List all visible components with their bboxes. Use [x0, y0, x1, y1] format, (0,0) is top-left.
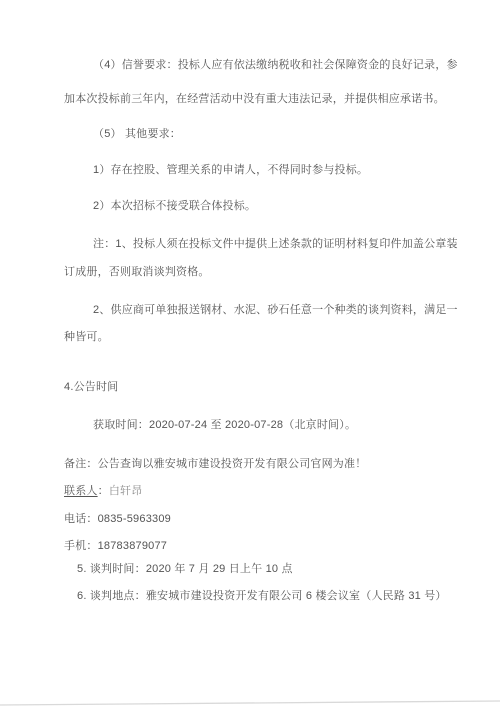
clause5-item2: 2）本次招标不接受联合体投标。 [93, 199, 256, 214]
contact-person-label: 联系人 [64, 485, 98, 497]
section4-heading: 4.公告时间 [64, 380, 118, 395]
contact-phone-label: 电话： [64, 513, 98, 525]
clause5-item1: 1）存在控股、管理关系的申请人，不得同时参与投标。 [93, 163, 368, 178]
note1-line2: 订成册，否则取消谈判资格。 [64, 265, 210, 280]
contact-mobile-line: 手机：18783879077 [64, 539, 167, 554]
note2-line2: 种皆可。 [64, 330, 109, 345]
contact-person-line: 联系人：白轩昂 [64, 484, 142, 499]
clause4-credit-requirement-line2: 加本次投标前三年内，在经营活动中没有重大违法记录，并提供相应承诺书。 [64, 92, 445, 107]
clause5-heading: （5） 其他要求： [93, 127, 181, 142]
negotiation-time-line: 5. 谈判时间：2020 年 7 月 29 日上午 10 点 [77, 562, 293, 577]
note1-line1: 注：1、投标人须在投标文件中提供上述条款的证明材料复印件加盖公章装 [93, 237, 458, 252]
scan-page-bottom-edge [0, 693, 500, 707]
contact-phone-number: 0835-5963309 [98, 513, 171, 525]
contact-mobile-label: 手机： [64, 540, 98, 552]
contact-mobile-number: 18783879077 [98, 540, 168, 552]
clause4-credit-requirement-line1: （4）信誉要求：投标人应有依法缴纳税收和社会保障资金的良好记录，参 [93, 58, 458, 73]
announcement-obtain-time: 获取时间：2020-07-24 至 2020-07-28（北京时间）。 [93, 418, 356, 433]
scanned-document-page: （4）信誉要求：投标人应有依法缴纳税收和社会保障资金的良好记录，参 加本次投标前… [0, 0, 500, 707]
contact-person-name: 白轩昂 [109, 485, 143, 497]
contact-person-separator: ： [98, 485, 109, 497]
contact-phone-line: 电话：0835-5963309 [64, 512, 171, 527]
note2-line1: 2、供应商可单独报送钢材、水泥、砂石任意一个种类的谈判资料，满足一 [93, 303, 458, 318]
announcement-remark: 备注：公告查询以雅安城市建设投资开发有限公司官网为准！ [64, 457, 366, 472]
negotiation-place-line: 6. 谈判地点：雅安城市建设投资开发有限公司 6 楼会议室（人民路 31 号） [77, 589, 447, 604]
